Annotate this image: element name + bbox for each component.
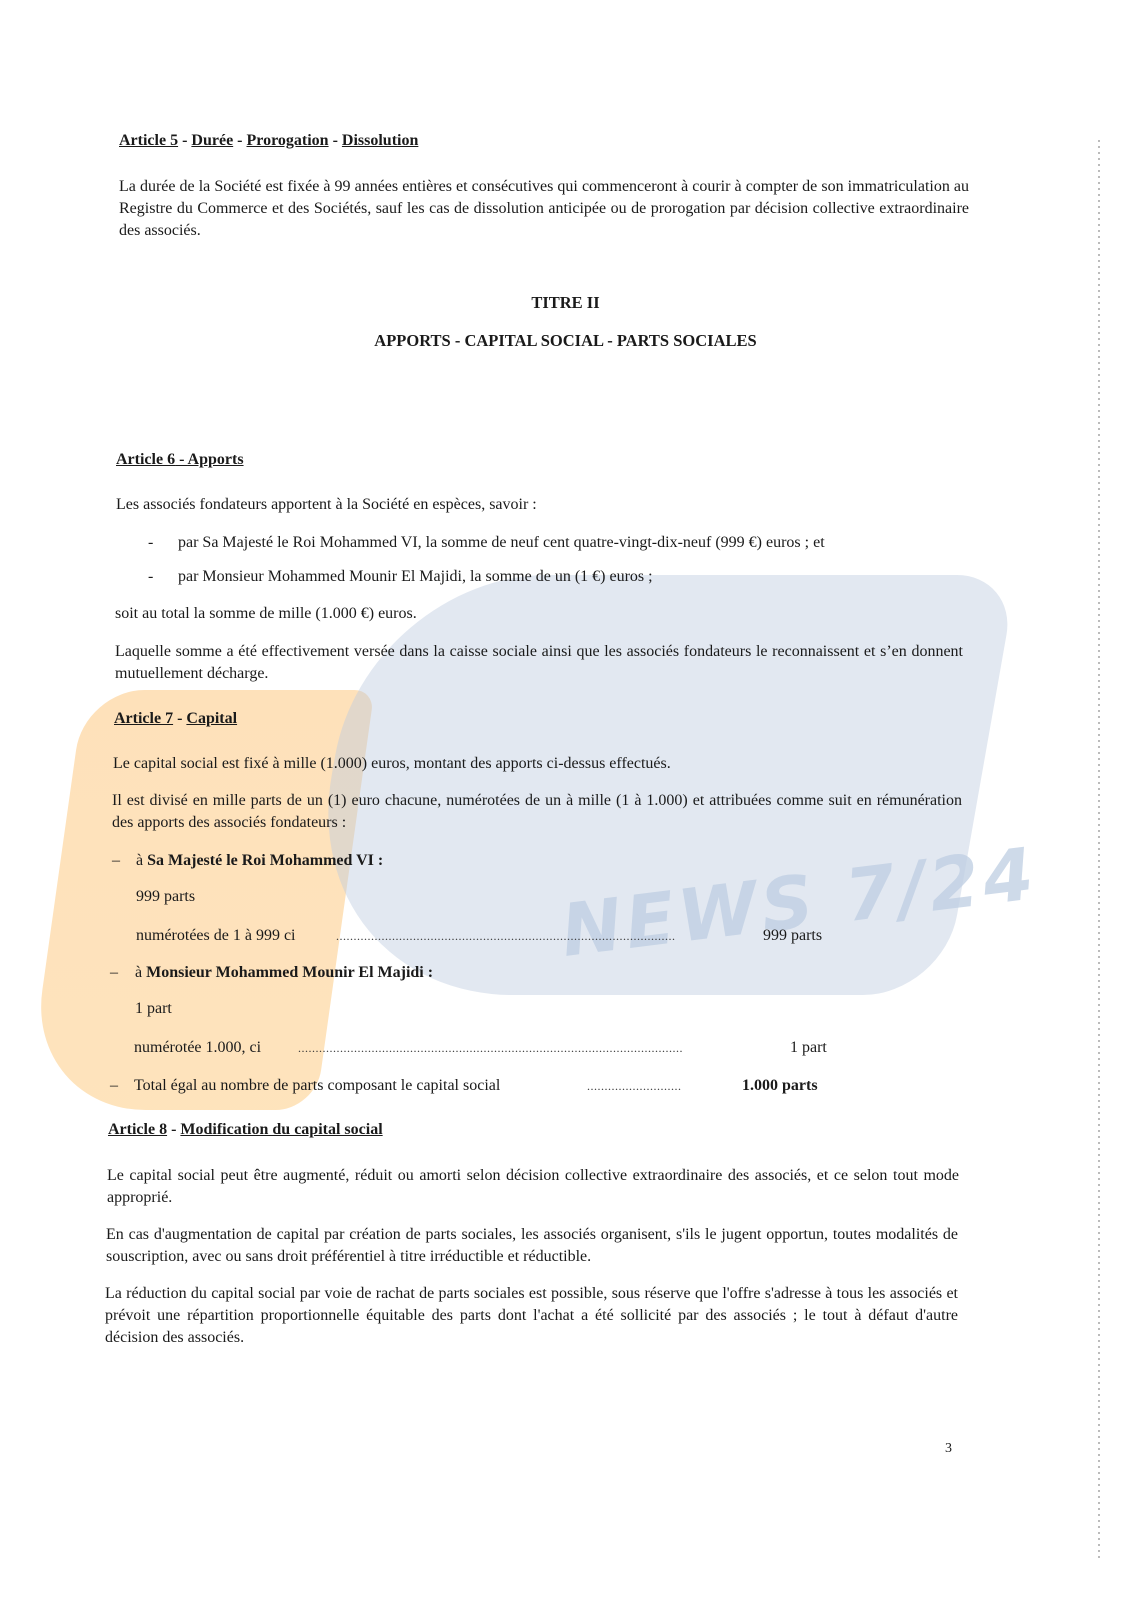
document-page: NEWS 7/24 Article 5 - Durée - Prorogatio… <box>0 0 1131 1600</box>
article8-number: Article 8 <box>108 1121 167 1138</box>
article7-p2: Il est divisé en mille parts de un (1) e… <box>112 790 962 834</box>
separator: - <box>173 710 186 727</box>
article5-body: La durée de la Société est fixée à 99 an… <box>119 176 969 242</box>
dot-leader: ............................... <box>587 1079 681 1094</box>
article5-title-prorogation: Prorogation <box>247 132 329 149</box>
article8-p2: En cas d'augmentation de capital par cré… <box>106 1224 958 1268</box>
allocation-dash: – <box>112 850 120 872</box>
allocation-numbering-roi: numérotées de 1 à 999 ci <box>136 925 296 947</box>
page-number: 3 <box>945 1438 952 1460</box>
article6-number: Article 6 <box>116 451 175 468</box>
beneficiary-prefix: à <box>136 852 147 869</box>
total-amount: 1.000 parts <box>742 1075 818 1097</box>
total-label: Total égal au nombre de parts composant … <box>134 1075 500 1097</box>
article8-title: Modification du capital social <box>180 1121 382 1138</box>
article5-number: Article 5 <box>119 132 178 149</box>
allocation-numbering-majidi: numérotée 1.000, ci <box>134 1037 261 1059</box>
article7-p1: Le capital social est fixé à mille (1.00… <box>113 753 671 775</box>
titre-label: TITRE II <box>0 293 1131 313</box>
article7-heading: Article 7 - Capital <box>114 708 237 730</box>
article6-closing: Laquelle somme a été effectivement versé… <box>115 641 963 685</box>
article7-number: Article 7 <box>114 710 173 727</box>
dot-leader: ........................................… <box>298 1041 682 1056</box>
allocation-amount-majidi: 1 part <box>790 1037 827 1059</box>
article5-title-duree: Durée <box>191 132 233 149</box>
beneficiary-prefix: à <box>135 964 146 981</box>
article6-item-bullet: - <box>148 532 153 554</box>
article8-p3: La réduction du capital social par voie … <box>105 1283 958 1349</box>
article6-title: Apports <box>188 451 244 468</box>
article6-item-bullet: - <box>148 566 153 588</box>
separator: - <box>175 451 187 468</box>
allocation-beneficiary-majidi: à Monsieur Mohammed Mounir El Majidi : <box>135 962 433 984</box>
allocation-dash: – <box>110 962 118 984</box>
beneficiary-name: Sa Majesté le Roi Mohammed VI : <box>147 852 383 869</box>
allocation-amount-roi: 999 parts <box>763 925 822 947</box>
scan-margin-marks <box>1098 140 1100 1560</box>
titre-subtitle: APPORTS - CAPITAL SOCIAL - PARTS SOCIALE… <box>0 331 1131 351</box>
separator: - <box>167 1121 180 1138</box>
allocation-count-roi: 999 parts <box>136 886 195 908</box>
dot-leader: ........................................… <box>336 929 676 944</box>
total-dash: – <box>110 1075 118 1097</box>
article6-heading: Article 6 - Apports <box>116 449 244 471</box>
article5-title-dissolution: Dissolution <box>342 132 418 149</box>
article6-item-roi: par Sa Majesté le Roi Mohammed VI, la so… <box>178 532 825 554</box>
article6-intro: Les associés fondateurs apportent à la S… <box>116 494 537 516</box>
article8-heading: Article 8 - Modification du capital soci… <box>108 1119 383 1141</box>
beneficiary-name: Monsieur Mohammed Mounir El Majidi : <box>146 964 433 981</box>
separator: - <box>329 132 342 149</box>
allocation-beneficiary-roi: à Sa Majesté le Roi Mohammed VI : <box>136 850 383 872</box>
separator: - <box>233 132 246 149</box>
allocation-count-majidi: 1 part <box>135 998 172 1020</box>
article7-title: Capital <box>186 710 237 727</box>
watermark-text: NEWS 7/24 <box>557 831 1042 973</box>
article6-item-majidi: par Monsieur Mohammed Mounir El Majidi, … <box>178 566 653 588</box>
separator: - <box>178 132 191 149</box>
article8-p1: Le capital social peut être augmenté, ré… <box>107 1165 959 1209</box>
article6-total: soit au total la somme de mille (1.000 €… <box>115 603 417 625</box>
article5-heading: Article 5 - Durée - Prorogation - Dissol… <box>119 130 418 152</box>
